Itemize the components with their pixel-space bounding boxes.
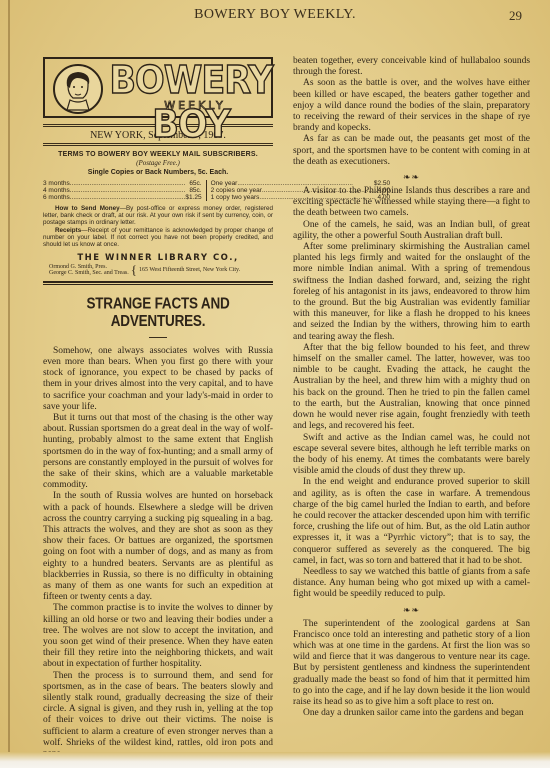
- receipts-notice: Receipts—Receipt of your remittance is a…: [43, 228, 273, 248]
- rate-label: 1 copy two years: [211, 194, 260, 201]
- rates-left-column: 3 months65c. 4 months85c. 6 months$1.25: [43, 180, 202, 201]
- article-paragraph: One day a drunken sailor came into the g…: [293, 708, 530, 719]
- divider: [149, 337, 167, 338]
- rate-label: One year: [211, 180, 238, 187]
- article-paragraph: As soon as the battle is over, and the w…: [293, 78, 530, 134]
- article-paragraph: As far as can be made out, the peasants …: [293, 134, 530, 168]
- page-bottom-edge: [0, 752, 550, 768]
- rate-value: $1.25: [185, 194, 201, 201]
- send-money-notice: How to Send Money—By post-office or expr…: [43, 206, 273, 226]
- article-paragraph: Needless to say we watched this battle o…: [293, 567, 530, 601]
- left-column: BOWERY BOY WEEKLY NEW YORK, September 7,…: [43, 57, 273, 760]
- boy-portrait-icon: [53, 64, 103, 114]
- ornament-divider-icon: ❧❧: [293, 605, 530, 616]
- article-paragraph: The common practise is to invite the wol…: [43, 603, 273, 670]
- running-title: BOWERY BOY WEEKLY.: [0, 7, 550, 23]
- article-paragraph: In the south of Russia wolves are hunted…: [43, 491, 273, 603]
- rate-label: 2 copies one year: [211, 187, 262, 194]
- rate-row: 4 months85c.: [43, 187, 202, 194]
- article-paragraph: One of the camels, he said, was an India…: [293, 220, 530, 242]
- rate-row: 3 months65c.: [43, 180, 202, 187]
- article-paragraph: A visitor to the Philippine Islands thus…: [293, 186, 530, 220]
- publisher-officers: Ormond G. Smith, Pres. George C. Smith, …: [49, 264, 273, 277]
- rate-label: 3 months: [43, 180, 70, 187]
- officer-list: Ormond G. Smith, Pres. George C. Smith, …: [49, 264, 129, 277]
- rate-value: 85c.: [189, 187, 201, 194]
- article-paragraph: The superintendent of the zoological gar…: [293, 619, 530, 709]
- masthead: BOWERY BOY WEEKLY: [43, 57, 273, 118]
- terms-title: TERMS TO BOWERY BOY WEEKLY MAIL SUBSCRIB…: [43, 151, 273, 158]
- page-spine-fold: [8, 0, 10, 762]
- article-title: STRANGE FACTS AND ADVENTURES.: [43, 295, 273, 330]
- rate-value: 65c.: [189, 180, 201, 187]
- article-paragraph: After some preliminary skirmishing the A…: [293, 242, 530, 343]
- brace-icon: {: [131, 267, 137, 274]
- article-paragraph: After that the big fellow bounded to his…: [293, 343, 530, 433]
- masthead-subtitle: WEEKLY: [145, 99, 245, 112]
- magazine-page: BOWERY BOY WEEKLY. 29 BOWERY BOY WEEKLY …: [0, 0, 550, 762]
- divider: [43, 281, 273, 285]
- page-number: 29: [509, 8, 522, 24]
- subscription-rates: 3 months65c. 4 months85c. 6 months$1.25 …: [43, 180, 273, 201]
- single-copies-note: Single Copies or Back Numbers, 5c. Each.: [43, 169, 273, 176]
- postage-note: (Postage Free.): [43, 159, 273, 167]
- right-column: beaten together, every conceivable kind …: [293, 56, 530, 719]
- article-paragraph: beaten together, every conceivable kind …: [293, 56, 530, 78]
- article-paragraph: Swift and active as the Indian camel was…: [293, 433, 530, 478]
- article-paragraph: Somehow, one always associates wolves wi…: [43, 346, 273, 413]
- publisher-address: 165 West Fifteenth Street, New York City…: [139, 267, 240, 274]
- ornament-divider-icon: ❧❧: [293, 172, 530, 183]
- publisher-name: THE WINNER LIBRARY CO.,: [43, 253, 273, 263]
- article-paragraph: Then the process is to surround them, an…: [43, 671, 273, 761]
- article-paragraph: In the end weight and endurance proved s…: [293, 477, 530, 567]
- rate-label: 4 months: [43, 187, 70, 194]
- officer-secretary: George C. Smith, Sec. and Treas.: [49, 270, 129, 277]
- rate-label: 6 months: [43, 194, 70, 201]
- article-paragraph: But it turns out that most of the chasin…: [43, 413, 273, 491]
- rate-row: 6 months$1.25: [43, 194, 202, 201]
